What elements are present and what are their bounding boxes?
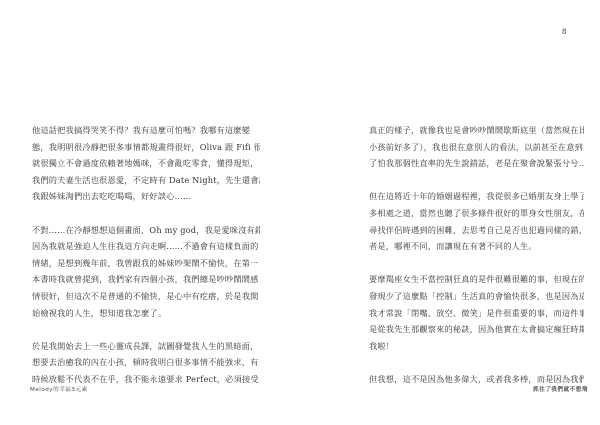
- text-line: 就很獨立不會過度依賴著地媽咪，不會亂吃零食，懂得規矩，: [32, 155, 260, 172]
- text-line: 不對……在冷靜想想這個畫面，Oh my god，我是愛咪沒有錯，: [32, 222, 260, 239]
- chapter-title-footer: 抓住了我們就不想飛: [533, 385, 588, 393]
- text-line: 是從我先生那觀察來的秘訣，因為他實在太會搞定瘋狂時期的: [369, 321, 584, 338]
- text-line: 了怕我那個性直率的先生說錯話，老是在聚會說緊張兮兮……: [369, 155, 584, 172]
- right-page-text: 真正的樣子，就像我也是會吵吵鬧鬧歇斯底里（當然現在比生 小孩前好多了），我也很在…: [369, 122, 584, 404]
- left-page-text: 他這話把我搞得哭笑不得？我有這麼可怕嗎？我哪有這麼變 態，我明明很冷靜把很多事情…: [32, 122, 260, 404]
- text-line: 我啦！: [369, 338, 584, 355]
- paragraph: 不對……在冷靜想想這個畫面，Oh my god，我是愛咪沒有錯， 因為我就是強迫…: [32, 222, 260, 322]
- text-line: 我跟姊妹淘們出去吃吃喝喝，好好談心……: [32, 188, 260, 205]
- text-line: 真正的樣子，就像我也是會吵吵鬧鬧歇斯底里（當然現在比生: [369, 122, 584, 139]
- text-line: 我才常說「閉嘴、放空、微笑」是件很重要的事，而這件事，: [369, 305, 584, 322]
- book-spread: 8 他這話把我搞得哭笑不得？我有這麼可怕嗎？我哪有這麼變 態，我明明很冷靜把很多…: [0, 0, 600, 425]
- paragraph: 真正的樣子，就像我也是會吵吵鬧鬧歇斯底里（當然現在比生 小孩前好多了），我也很在…: [369, 122, 584, 172]
- text-line: 我們的夫妻生活也很恩愛，不定時有 Date Night，先生還會讓: [32, 172, 260, 189]
- text-line: 情緒，是想到幾年前，我曾跟我的姊妹吵架鬧不愉快，在第一: [32, 255, 260, 272]
- text-line: 於是我開始去上一些心靈成長課，試圖發覺我人生的黑暗面，: [32, 338, 260, 355]
- paragraph: 要摩羯座女生不當控制狂真的是件很難很難的事，但現在的我， 發現少了這麼點「控制」…: [369, 271, 584, 354]
- text-line: 者是，哪裡不同，而讓現在有著不同的人生。: [369, 238, 584, 255]
- text-line: 想要去治癒我的內在小孩，頓時我明白很多事情不能強求，有: [32, 354, 260, 371]
- text-line: 多相處之道，當然也聽了很多條件很好的單身女性朋友，在找: [369, 205, 584, 222]
- text-line: 但在這將近十年的婚姻過程裡，我從很多已婚朋友身上學了很: [369, 188, 584, 205]
- text-line: 發現少了這麼點「控制」生活真的會愉快很多，也是因為這樣，: [369, 288, 584, 305]
- paragraph: 但在這將近十年的婚姻過程裡，我從很多已婚朋友身上學了很 多相處之道，當然也聽了很…: [369, 188, 584, 254]
- book-title-footer: Melody的幸福3元素: [30, 385, 88, 393]
- text-line: 尋找伴侶時遇到的困難，去思考自己是否也犯過同樣的錯，或: [369, 222, 584, 239]
- text-line: 小孩前好多了），我也很在意別人的看法，以前甚至在意到為: [369, 139, 584, 156]
- paragraph: 於是我開始去上一些心靈成長課，試圖發覺我人生的黑暗面， 想要去治癒我的內在小孩，…: [32, 338, 260, 388]
- text-line: 始檢視我的人生，想知道我怎麼了。: [32, 305, 260, 322]
- text-line: 態，我明明很冷靜把很多事情都規畫得很好，Oliva 跟 Fifi 很小: [32, 139, 260, 156]
- text-line: 因為我就是強迫人生往我這方向走啊……不過會有這樣負面的: [32, 238, 260, 255]
- text-line: 他這話把我搞得哭笑不得？我有這麼可怕嗎？我哪有這麼變: [32, 122, 260, 139]
- page-number: 8: [562, 27, 566, 37]
- paragraph: 他這話把我搞得哭笑不得？我有這麼可怕嗎？我哪有這麼變 態，我明明很冷靜把很多事情…: [32, 122, 260, 205]
- text-line: 要摩羯座女生不當控制狂真的是件很難很難的事，但現在的我，: [369, 271, 584, 288]
- text-line: 本書時我就曾提到，我們家有四個小孩，我們總是吵吵鬧鬧感: [32, 271, 260, 288]
- text-line: 情很好，但這次不是普通的不愉快，是心中有疙瘩，於是我開: [32, 288, 260, 305]
